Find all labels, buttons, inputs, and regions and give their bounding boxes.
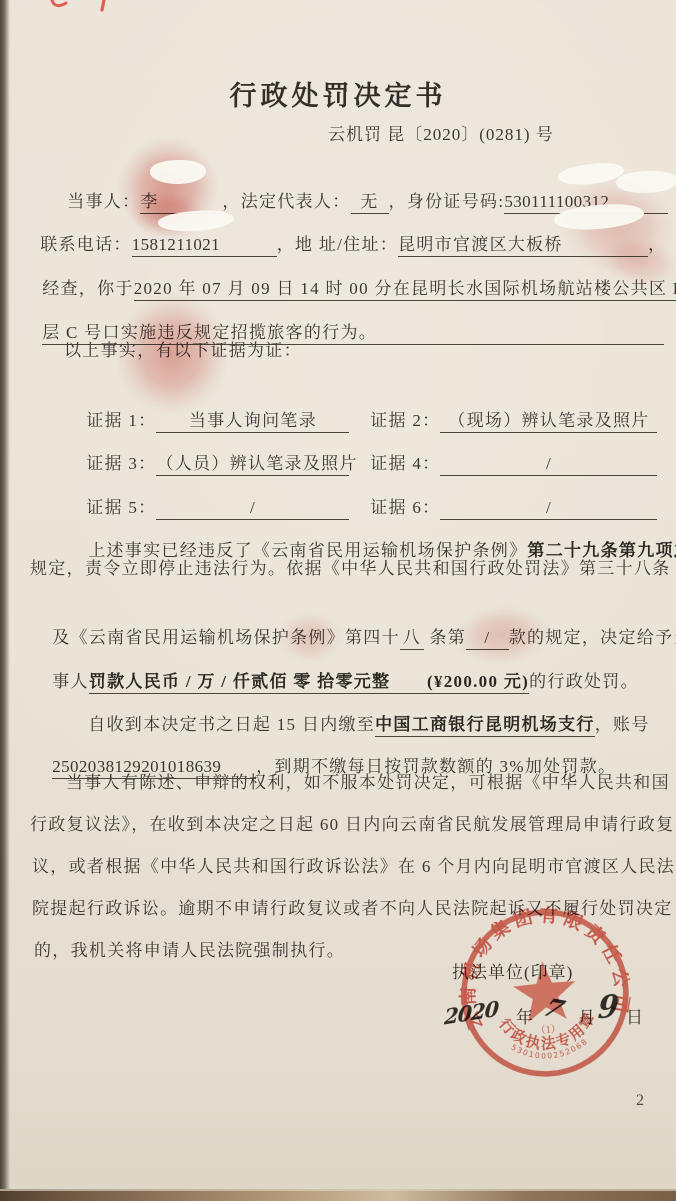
appeal-line-2: 行政复议法》，在收到本决定之日起 60 日内向云南省民航发展管理局申请行政复 (30, 812, 674, 838)
appeal-line-5: 的，我机关将申请人民法院强制执行。 (34, 938, 345, 964)
red-pen-stroke (0, 0, 160, 14)
seal-index: （1） (535, 1023, 562, 1037)
page-number: 2 (636, 1092, 644, 1110)
seal-star-icon (511, 959, 578, 1023)
decision-line-2: 规定，责令立即停止违法行为。依据《中华人民共和国行政处罚法》第三十八条 (30, 556, 671, 582)
appeal-line-3: 议，或者根据《中华人民共和国行政诉讼法》在 6 个月内向昆明市官渡区人民法 (32, 854, 675, 880)
document-title: 行政处罚决定书 (0, 74, 676, 113)
document-photo: 行政处罚决定书 云机罚 昆〔2020〕(0281) 号 当事人：李，法定代表人：… (0, 0, 676, 1201)
desk-surface (0, 1189, 676, 1201)
photo-left-shadow (0, 0, 10, 1201)
official-seal: 云南机场集团有限责任公司 行政执法专用章 5301000252068 （1） (451, 899, 640, 1088)
appeal-line-1: 当事人有陈述、申辩的权利，如不服本处罚决定，可根据《中华人民共和国 (66, 770, 670, 796)
document-number: 云机罚 昆〔2020〕(0281) 号 (328, 120, 554, 145)
